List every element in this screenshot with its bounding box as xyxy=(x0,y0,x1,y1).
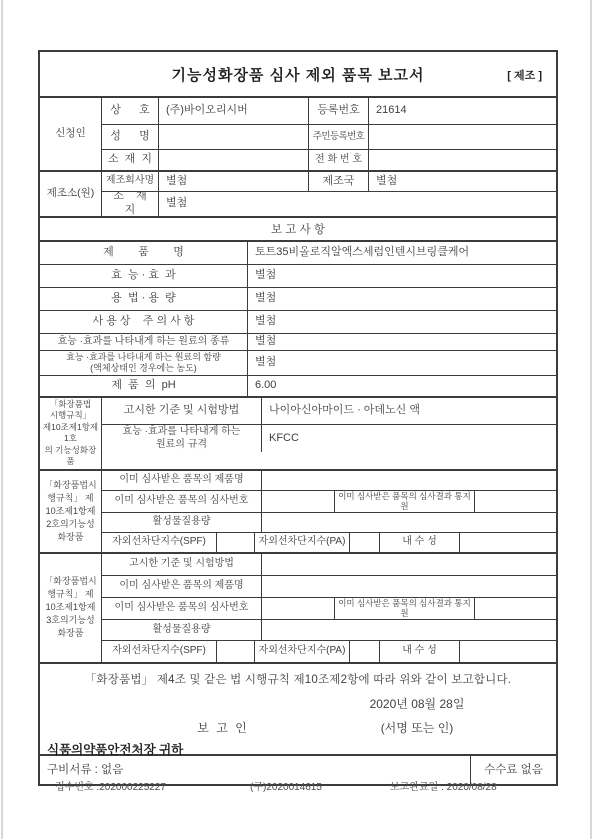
section3-standard-value xyxy=(262,554,556,575)
ingredient-content-value: 별첨 xyxy=(248,351,556,375)
ph-value: 6.00 xyxy=(248,376,556,396)
ingredient-content-row: 효능 ·효과를 나타내게 하는 원료의 함량 (액체상태인 경우에는 농도) 별… xyxy=(40,351,556,376)
section3-pa-label: 자외선차단지수(PA) xyxy=(255,641,350,662)
old-receipt-number: (구)2020014615 xyxy=(250,778,322,793)
section1-spec-value: KFCC xyxy=(262,425,556,452)
manufacturer-header: 제조소(원) xyxy=(40,172,102,216)
manufacturer-row-address: 소 재 지 별첨 xyxy=(102,192,556,216)
manufacture-country-label: 제조국 xyxy=(309,172,369,191)
product-name-value: 토트35비올로직알엑스세럼인텐시브링클케어 xyxy=(248,242,556,264)
section3-notice-label: 이미 심사받은 품목의 심사결과 통지원 xyxy=(335,598,475,619)
scanned-report-page: 기능성화장품 심사 제외 품목 보고서 [ 제조 ] 신청인 상 호 (주)바이… xyxy=(0,0,597,839)
section3-block: 「화장품법시 행규칙」 제 10조제1항제 3호의기능성 화장품 고시한 기준 … xyxy=(40,554,556,664)
person-name-label: 성 명 xyxy=(102,125,159,149)
manufacturer-company-label: 제조회사명 xyxy=(102,172,159,191)
applicant-header: 신청인 xyxy=(40,98,102,170)
section2-notice-value xyxy=(475,491,556,512)
manufacturer-company-value: 별첨 xyxy=(159,172,309,191)
registration-number-label: 등록번호 xyxy=(309,98,369,124)
section2-water-resistance-value xyxy=(460,533,556,552)
product-name-row: 제 품 명 토트35비올로직알엑스세럼인텐시브링클케어 xyxy=(40,242,556,265)
company-name-label: 상 호 xyxy=(102,98,159,124)
manufacturer-row-company: 제조회사명 별첨 제조국 별첨 xyxy=(102,172,556,192)
section3-review-number-label: 이미 심사받은 품목의 심사번호 xyxy=(102,598,262,619)
report-date: 2020년 08월 28일 xyxy=(327,695,507,712)
product-name-label: 제 품 명 xyxy=(40,242,248,264)
phone-number-label: 전 화 번 호 xyxy=(309,150,369,170)
section2-notice-label: 이미 심사받은 품목의 심사결과 통지원 xyxy=(335,491,475,512)
section3-active-substance-label: 활성물질용량 xyxy=(102,620,262,640)
section3-product-value xyxy=(262,576,556,597)
section3-notice-value xyxy=(475,598,556,619)
legal-statement: 「화장품법」 제4조 및 같은 법 시행규칙 제10조제2항에 따라 위와 같이… xyxy=(40,671,556,687)
manufacturer-address-value: 별첨 xyxy=(159,192,556,216)
manufacture-type-badge: [ 제조 ] xyxy=(507,67,542,83)
section3-pa-value xyxy=(350,641,380,662)
ingredient-type-value: 별첨 xyxy=(248,334,556,350)
manufacture-country-value: 별첨 xyxy=(369,172,556,191)
applicant-address-value xyxy=(159,150,309,170)
section1-spec-label: 효능 ·효과를 나타내게 하는 원료의 규격 xyxy=(102,425,262,452)
section2-header: 「화장품법시 행규칙」 제 10조제1항제 2호의기능성 화장품 xyxy=(40,471,102,552)
section3-review-number-row: 이미 심사받은 품목의 심사번호 이미 심사받은 품목의 심사결과 통지원 xyxy=(102,598,556,620)
section3-active-substance-row: 활성물질용량 xyxy=(102,620,556,641)
company-name-value: (주)바이오리시버 xyxy=(159,98,309,124)
dosage-row: 용 법 · 용 량 별첨 xyxy=(40,288,556,311)
section3-water-resistance-value xyxy=(460,641,556,662)
section3-product-label: 이미 심사받은 품목의 제품명 xyxy=(102,576,262,597)
section3-water-resistance-label: 내 수 성 xyxy=(380,641,460,662)
section2-active-substance-value xyxy=(262,513,556,532)
section2-review-number-value xyxy=(262,491,335,512)
ingredient-content-label: 효능 ·효과를 나타내게 하는 원료의 함량 (액체상태인 경우에는 농도) xyxy=(40,351,248,375)
report-form-table: 기능성화장품 심사 제외 품목 보고서 [ 제조 ] 신청인 상 호 (주)바이… xyxy=(38,50,558,786)
form-title: 기능성화장품 심사 제외 품목 보고서 xyxy=(171,64,424,85)
report-items-block: 제 품 명 토트35비올로직알엑스세럼인텐시브링클케어 효 능 · 효 과 별첨… xyxy=(40,242,556,398)
section2-spf-value xyxy=(217,533,255,552)
ph-row: 제 품 의 pH 6.00 xyxy=(40,376,556,396)
section1-block: 「화장품법 시행규칙」 제10조제1항제 1호 의 기능성화장품 고시한 기준 … xyxy=(40,398,556,471)
reporter-label: 보 고 인 xyxy=(163,719,283,736)
efficacy-value: 별첨 xyxy=(248,265,556,287)
resident-number-value xyxy=(369,125,556,149)
section1-standard-value: 나이아신아마이드 · 아데노신 액 xyxy=(262,398,556,424)
applicant-row-company: 상 호 (주)바이오리시버 등록번호 21614 xyxy=(102,98,556,125)
efficacy-label: 효 능 · 효 과 xyxy=(40,265,248,287)
section3-spf-label: 자외선차단지수(SPF) xyxy=(102,641,217,662)
ingredient-type-row: 효능 ·효과를 나타내게 하는 원료의 종류 별첨 xyxy=(40,334,556,351)
form-title-row: 기능성화장품 심사 제외 품목 보고서 [ 제조 ] xyxy=(40,52,556,98)
section3-standard-label: 고시한 기준 및 시험방법 xyxy=(102,554,262,575)
precautions-value: 별첨 xyxy=(248,311,556,333)
section2-review-number-label: 이미 심사받은 품목의 심사번호 xyxy=(102,491,262,512)
section2-pa-value xyxy=(350,533,380,552)
section1-standard-label: 고시한 기준 및 시험방법 xyxy=(102,398,262,424)
report-complete-date: 보고완료일 : 2020/08/28 xyxy=(390,778,497,793)
ph-label: 제 품 의 pH xyxy=(40,376,248,396)
applicant-block: 신청인 상 호 (주)바이오리시버 등록번호 21614 성 명 주민등록번호 … xyxy=(40,98,556,172)
section2-review-number-row: 이미 심사받은 품목의 심사번호 이미 심사받은 품목의 심사결과 통지원 xyxy=(102,491,556,513)
section2-active-substance-row: 활성물질용량 xyxy=(102,513,556,533)
section3-header: 「화장품법시 행규칙」 제 10조제1항제 3호의기능성 화장품 xyxy=(40,554,102,662)
page-left-edge xyxy=(1,0,3,839)
person-name-value xyxy=(159,125,309,149)
applicant-row-name: 성 명 주민등록번호 xyxy=(102,125,556,150)
precautions-row: 사 용 상 주 의 사 항 별첨 xyxy=(40,311,556,334)
section2-spf-row: 자외선차단지수(SPF) 자외선차단지수(PA) 내 수 성 xyxy=(102,533,556,552)
dosage-value: 별첨 xyxy=(248,288,556,310)
section1-standard-row: 고시한 기준 및 시험방법 나이아신아마이드 · 아데노신 액 xyxy=(102,398,556,425)
section2-water-resistance-label: 내 수 성 xyxy=(380,533,460,552)
section2-product-value xyxy=(262,471,556,490)
manufacturer-address-label: 소 재 지 xyxy=(102,192,159,216)
section3-review-number-value xyxy=(262,598,335,619)
section2-product-row: 이미 심사받은 품목의 제품명 xyxy=(102,471,556,491)
section1-header: 「화장품법 시행규칙」 제10조제1항제 1호 의 기능성화장품 xyxy=(40,398,102,469)
ingredient-type-label: 효능 ·효과를 나타내게 하는 원료의 종류 xyxy=(40,334,248,350)
phone-number-value xyxy=(369,150,556,170)
section2-spf-label: 자외선차단지수(SPF) xyxy=(102,533,217,552)
addressee: 식품의약품안전처장 귀하 xyxy=(47,740,183,758)
resident-number-label: 주민등록번호 xyxy=(309,125,369,149)
section3-product-row: 이미 심사받은 품목의 제품명 xyxy=(102,576,556,598)
section1-spec-row: 효능 ·효과를 나타내게 하는 원료의 규격 KFCC xyxy=(102,425,556,452)
section3-spf-row: 자외선차단지수(SPF) 자외선차단지수(PA) 내 수 성 xyxy=(102,641,556,662)
section2-pa-label: 자외선차단지수(PA) xyxy=(255,533,350,552)
section3-standard-row: 고시한 기준 및 시험방법 xyxy=(102,554,556,576)
registration-number-value: 21614 xyxy=(369,98,556,124)
section3-active-substance-value xyxy=(262,620,556,640)
applicant-address-label: 소 재 지 xyxy=(102,150,159,170)
section2-block: 「화장품법시 행규칙」 제 10조제1항제 2호의기능성 화장품 이미 심사받은… xyxy=(40,471,556,554)
section3-spf-value xyxy=(217,641,255,662)
section2-product-label: 이미 심사받은 품목의 제품명 xyxy=(102,471,262,490)
report-section-heading: 보 고 사 항 xyxy=(40,218,556,242)
section2-active-substance-label: 활성물질용량 xyxy=(102,513,262,532)
applicant-row-address: 소 재 지 전 화 번 호 xyxy=(102,150,556,170)
dosage-label: 용 법 · 용 량 xyxy=(40,288,248,310)
page-right-edge xyxy=(590,0,592,839)
manufacturer-block: 제조소(원) 제조회사명 별첨 제조국 별첨 소 재 지 별첨 xyxy=(40,172,556,218)
receipt-number: 접수번호 :202000225227 xyxy=(55,778,166,793)
signature-note: (서명 또는 인) xyxy=(327,719,507,736)
statement-block: 「화장품법」 제4조 및 같은 법 시행규칙 제10조제2항에 따라 위와 같이… xyxy=(40,664,556,756)
precautions-label: 사 용 상 주 의 사 항 xyxy=(40,311,248,333)
efficacy-row: 효 능 · 효 과 별첨 xyxy=(40,265,556,288)
